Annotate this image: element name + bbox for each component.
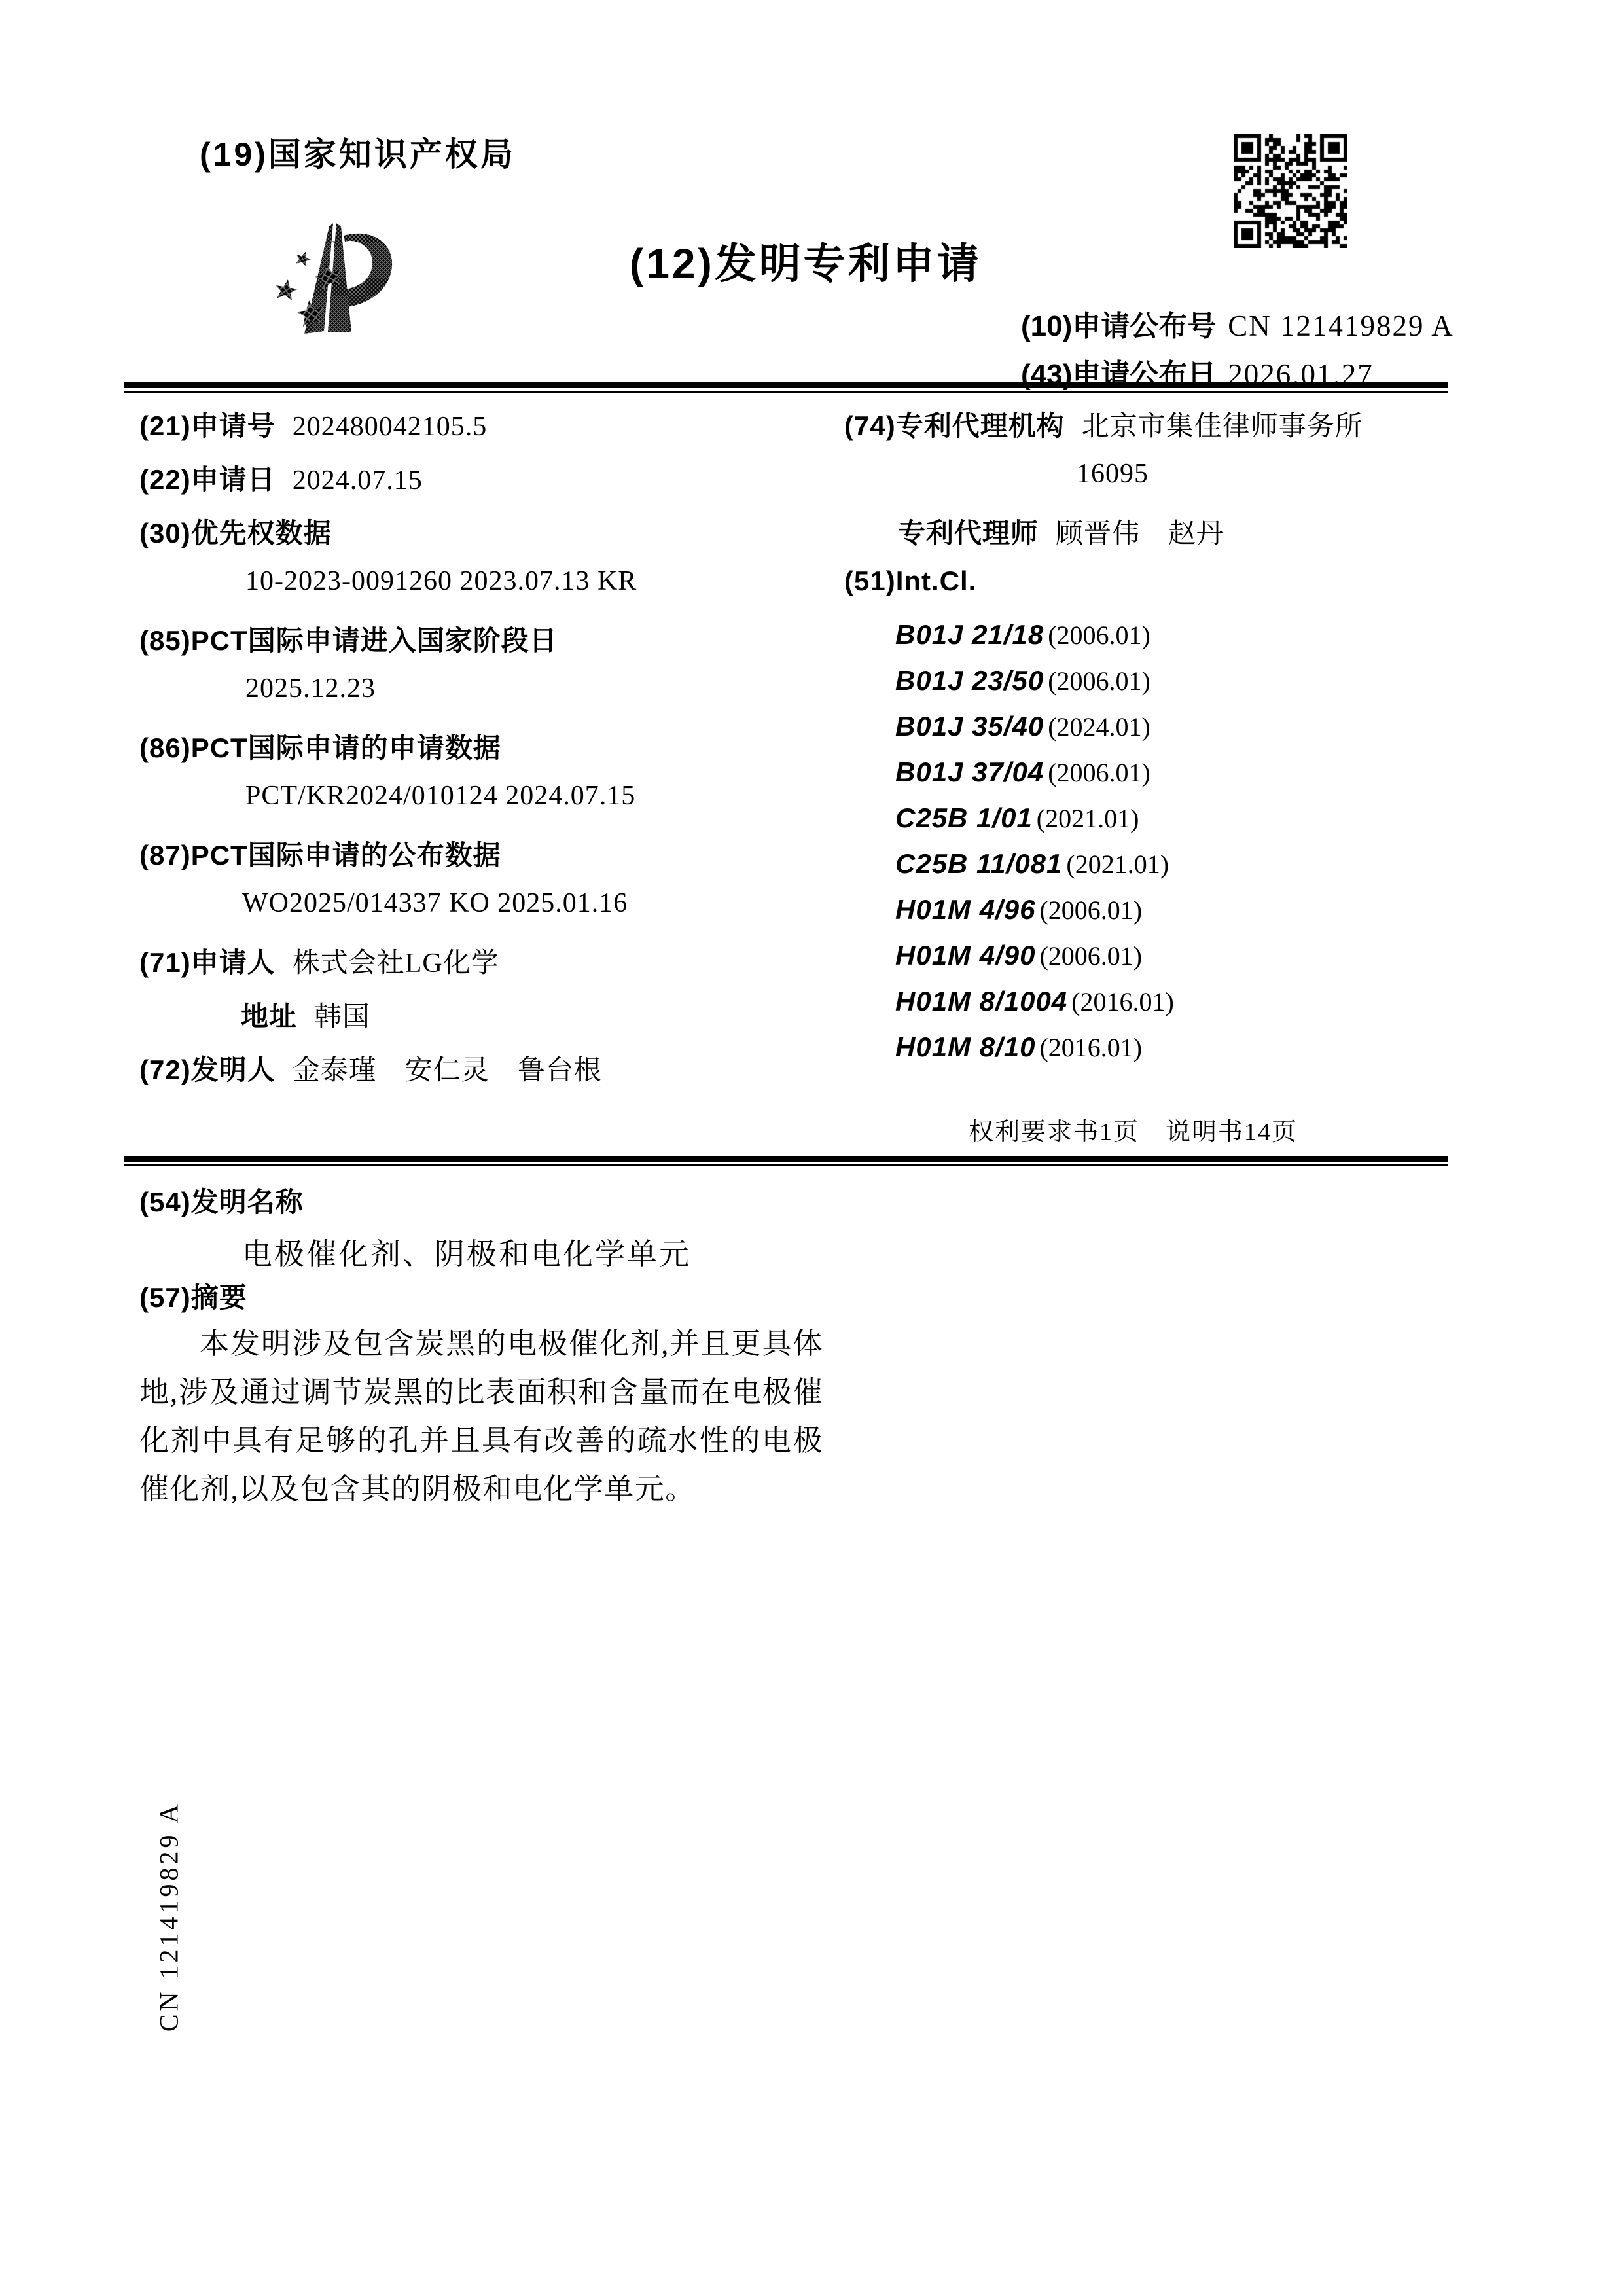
field-86-pct-application-data: (86)PCT国际申请的申请数据 [139,726,501,766]
field-87-pct-publication-data: (87)PCT国际申请的公布数据 [139,834,501,873]
field-label: 专利代理师 [898,518,1039,548]
pub-number-label: (10)申请公布号 [1021,310,1216,342]
ipc-entry: B01J 35/40(2024.01) [895,711,1150,743]
ipc-version: (2006.01) [1039,895,1142,925]
field-label: (86)PCT国际申请的申请数据 [139,732,501,763]
field-label: (71)申请人 [139,947,276,978]
field-value: 202480042105.5 [293,412,488,442]
field-label: (57)摘要 [139,1282,247,1313]
abstract-text: 本发明涉及包含炭黑的电极催化剂,并且更具体地,涉及通过调节炭黑的比表面积和含量而… [139,1319,823,1513]
header-divider [124,382,1448,393]
divider-thin-line [124,391,1448,393]
ipc-code: B01J 37/04 [895,757,1044,787]
qr-code [1234,134,1347,248]
field-51-int-cl: (51)Int.Cl. [844,565,976,598]
field-30-priority-data: (30)优先权数据 [139,512,332,551]
field-label: (87)PCT国际申请的公布数据 [139,840,501,870]
field-21-application-number: (21)申请号202480042105.5 [139,404,487,444]
ipc-code: H01M 4/90 [895,940,1035,971]
field-86-value: PCT/KR2024/010124 2024.07.15 [245,780,635,812]
field-85-date-value: 2025.12.23 [245,673,376,704]
field-label: (74)专利代理机构 [844,410,1065,441]
divider-thick-line [124,382,1448,388]
ipc-entry: H01M 8/1004(2016.01) [895,986,1174,1018]
cnipa-logo [272,221,416,336]
ipc-version: (2024.01) [1048,712,1150,742]
ipc-entry: H01M 4/96(2006.01) [895,894,1142,926]
field-label: (22)申请日 [139,464,276,495]
field-71-applicant: (71)申请人株式会社LG化学 [139,941,499,980]
ipc-code: H01M 4/96 [895,894,1035,925]
field-85-pct-national-entry: (85)PCT国际申请进入国家阶段日 [139,619,558,658]
ipc-version: (2016.01) [1039,1033,1142,1062]
field-label: (21)申请号 [139,410,276,441]
field-74-agency-code: 16095 [1077,458,1149,490]
pub-number-value: CN 121419829 A [1228,310,1454,342]
ipc-version: (2016.01) [1071,987,1174,1016]
ipc-entry: B01J 21/18(2006.01) [895,619,1150,651]
field-54-invention-title-label: (54)发明名称 [139,1181,304,1220]
field-value: 韩国 [314,1002,370,1032]
logo-shapes [274,223,392,334]
field-label: (30)优先权数据 [139,518,332,548]
sidebar-publication-number: CN 121419829 A [154,1801,185,2032]
field-22-filing-date: (22)申请日2024.07.15 [139,458,423,497]
ipc-version: (2006.01) [1048,758,1150,787]
field-57-abstract-label: (57)摘要 [139,1276,247,1316]
ipc-entry: C25B 11/081(2021.01) [895,848,1169,880]
field-label: 地址 [241,1001,297,1031]
divider-thick-line [124,1156,1448,1162]
ipc-entry: C25B 1/01(2021.01) [895,802,1139,834]
divider-thin-line [124,1164,1448,1166]
field-74-agency: (74)专利代理机构北京市集佳律师事务所 [844,404,1363,444]
ipc-code: B01J 21/18 [895,619,1044,650]
ipc-code: H01M 8/10 [895,1031,1035,1062]
ipc-code: C25B 1/01 [895,802,1033,833]
logo-p-bowl [344,234,392,307]
patent-front-page: (19)国家知识产权局 (12)发明专利申请 (10)申请公布号CN 12141… [0,0,1623,2296]
pages-count-line: 权利要求书1页 说明书14页 [969,1111,1298,1147]
ipc-entry: H01M 4/90(2006.01) [895,940,1142,972]
ipc-entry: B01J 23/50(2006.01) [895,665,1150,697]
field-30-priority-value: 10-2023-0091260 2023.07.13 KR [245,565,637,597]
ipc-version: (2006.01) [1048,666,1150,696]
ipc-code: H01M 8/1004 [895,986,1067,1016]
office-name: (19)国家知识产权局 [200,128,516,175]
invention-title: 电极催化剂、阴极和电化学单元 [242,1230,691,1274]
field-87-value: WO2025/014337 KO 2025.01.16 [242,888,628,919]
star-icon [294,249,313,268]
field-label: (54)发明名称 [139,1187,304,1217]
field-label: (72)发明人 [139,1054,276,1085]
field-agents: 专利代理师顾晋伟 赵丹 [898,512,1224,551]
field-value: 株式会社LG化学 [293,948,499,978]
field-label: (51)Int.Cl. [844,565,976,596]
ipc-code: B01J 23/50 [895,665,1044,696]
ipc-code: C25B 11/081 [895,848,1062,879]
ipc-code: B01J 35/40 [895,711,1044,742]
ipc-version: (2021.01) [1066,850,1169,879]
field-value: 顾晋伟 赵丹 [1056,519,1224,549]
star-icon [274,278,299,301]
field-value: 北京市集佳律师事务所 [1082,412,1363,442]
field-72-inventors: (72)发明人金泰瑾 安仁灵 鲁台根 [139,1049,602,1088]
field-value: 金泰瑾 安仁灵 鲁台根 [293,1056,602,1086]
pub-number-row: (10)申请公布号CN 121419829 A [1021,302,1454,344]
section-divider [124,1156,1448,1166]
doc-type-title: (12)发明专利申请 [630,230,982,291]
field-address: 地址韩国 [241,995,370,1034]
ipc-entry: H01M 8/10(2016.01) [895,1031,1142,1064]
ipc-version: (2006.01) [1048,620,1150,650]
ipc-version: (2006.01) [1039,941,1142,971]
field-value: 2024.07.15 [293,465,423,495]
ipc-entry: B01J 37/04(2006.01) [895,757,1150,789]
ipc-version: (2021.01) [1037,804,1139,833]
field-label: (85)PCT国际申请进入国家阶段日 [139,625,558,656]
